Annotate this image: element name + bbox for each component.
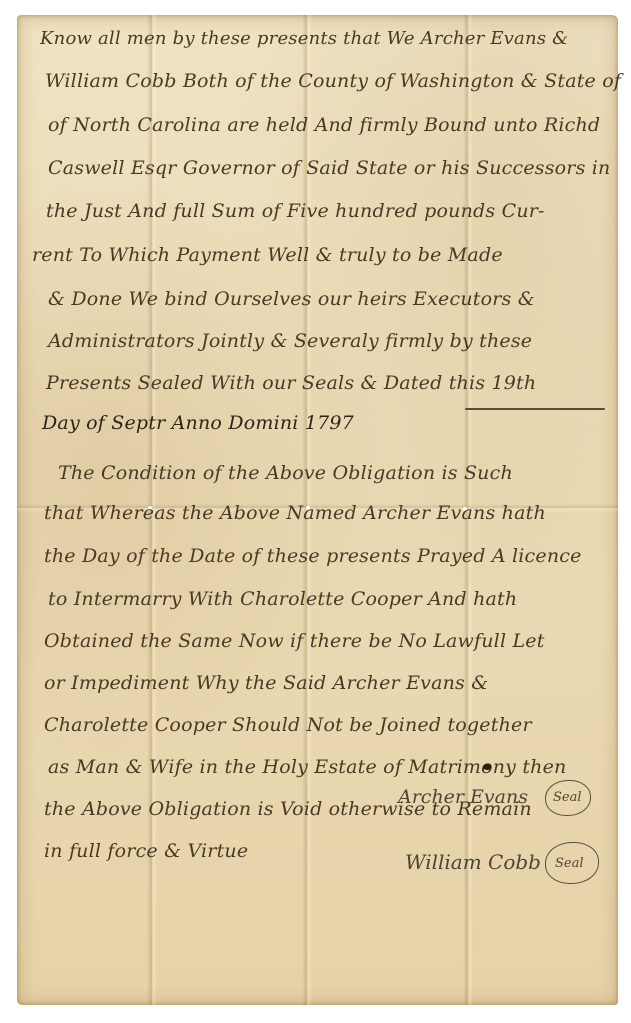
line-filler-dash xyxy=(465,408,605,410)
seal-label: Seal xyxy=(555,856,584,871)
text-line: the Just And full Sum of Five hundred po… xyxy=(46,200,545,222)
text-line: of North Carolina are held And firmly Bo… xyxy=(48,114,600,136)
ink-blot xyxy=(483,764,491,770)
text-line: to Intermarry With Charolette Cooper And… xyxy=(48,588,517,610)
signature-william-cobb: William Cobb xyxy=(405,850,541,874)
seal-label: Seal xyxy=(553,790,582,805)
text-line: & Done We bind Ourselves our heirs Execu… xyxy=(48,288,535,310)
text-line: Charolette Cooper Should Not be Joined t… xyxy=(44,714,532,736)
text-line: Obtained the Same Now if there be No Law… xyxy=(44,630,545,652)
text-line: in full force & Virtue xyxy=(44,840,248,862)
text-line: the Day of the Date of these presents Pr… xyxy=(44,545,582,567)
text-line: Caswell Esqr Governor of Said State or h… xyxy=(48,157,611,179)
text-line: that Whereas the Above Named Archer Evan… xyxy=(44,502,546,524)
text-line: William Cobb Both of the County of Washi… xyxy=(45,70,621,92)
text-line: Administrators Jointly & Severaly firmly… xyxy=(48,330,532,352)
text-line: Day of Septr Anno Domini 1797 xyxy=(42,412,354,434)
text-line: Know all men by these presents that We A… xyxy=(40,28,568,49)
text-line: The Condition of the Above Obligation is… xyxy=(58,462,513,484)
text-line: or Impediment Why the Said Archer Evans … xyxy=(44,672,488,694)
text-line: rent To Which Payment Well & truly to be… xyxy=(32,244,503,266)
signature-archer-evans: Archer Evans xyxy=(398,786,528,808)
text-line: Presents Sealed With our Seals & Dated t… xyxy=(46,372,536,394)
